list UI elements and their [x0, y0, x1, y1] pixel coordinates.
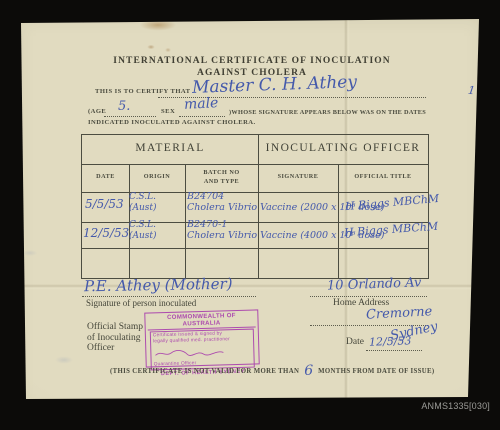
dotted-line-date: [366, 350, 422, 351]
age-label: (AGE: [88, 108, 106, 115]
stamp-header: COMMONWEALTH OF AUSTRALIA: [147, 312, 255, 331]
table-line-under-row2: [82, 248, 428, 249]
date-value: 12/5/53: [369, 334, 412, 348]
dotted-line-person-signature: [82, 296, 256, 297]
date-label: Date: [346, 337, 364, 347]
stamp-signature-scribble: [153, 349, 225, 358]
dotted-line-home-address: [310, 296, 427, 297]
sex-value: male: [184, 95, 219, 113]
certify-tail-line1: )WHOSE SIGNATURE APPEARS BELOW WAS ON TH…: [229, 109, 426, 116]
col-header-date: DATE: [82, 173, 129, 180]
row1-origin: C.S.L. (Aust): [129, 192, 157, 214]
row2-origin: C.S.L. (Aust): [129, 220, 157, 242]
col-header-batch: BATCH NO AND TYPE: [185, 168, 258, 186]
group-header-material: MATERIAL: [82, 142, 258, 154]
col-header-origin: ORIGIN: [129, 173, 185, 180]
dotted-line-age: [104, 116, 156, 117]
row1-batch-no: B24704: [187, 191, 224, 202]
margin-ink-mark: 1: [467, 84, 476, 98]
home-address-value: 10 Orlando Av: [327, 275, 422, 293]
validity-months-handwritten: 6: [304, 363, 313, 379]
row1-date: 5/5/53: [85, 197, 124, 211]
health-department-stamp: COMMONWEALTH OF AUSTRALIA Certificate is…: [144, 309, 259, 367]
col-header-official-title: OFFICIAL TITLE: [338, 173, 428, 180]
home-address-line2: Cremorne: [366, 304, 433, 322]
age-value: 5.: [118, 99, 130, 114]
certificate-document: INTERNATIONAL CERTIFICATE OF INOCULATION…: [0, 0, 500, 430]
person-signature-label: Signature of person inoculated: [86, 298, 196, 308]
inoculated-person-name: Master C. H. Athey: [192, 72, 358, 98]
person-signature: P.E. Athey (Mother): [84, 275, 233, 296]
validity-text-post: MONTHS FROM DATE OF ISSUE): [318, 368, 434, 375]
certify-tail-line2: INDICATED INOCULATED AGAINST CHOLERA.: [88, 119, 256, 126]
row2-batch-no: B2470-1: [187, 219, 227, 230]
official-stamp-caption: Official Stamp of Inoculating Officer: [87, 322, 143, 354]
col-header-signature: SIGNATURE: [258, 173, 338, 180]
dotted-line-sex: [179, 116, 225, 117]
validity-text-pre: (THIS CERTIFICATE IS NOT VALID FOR MORE …: [110, 368, 299, 375]
table-line-under-groups: [82, 164, 428, 165]
validity-note: (THIS CERTIFICATE IS NOT VALID FOR MORE …: [110, 361, 435, 377]
certificate-title-line1: INTERNATIONAL CERTIFICATE OF INOCULATION: [60, 56, 444, 66]
group-header-inoculating-officer: INOCULATING OFFICER: [258, 142, 428, 154]
scanned-photo-stage: INTERNATIONAL CERTIFICATE OF INOCULATION…: [0, 0, 500, 430]
archive-catalogue-number: ANMS1335[030]: [398, 401, 490, 411]
certify-label: THIS IS TO CERTIFY THAT: [95, 88, 191, 95]
sex-label: SEX: [161, 108, 175, 115]
row2-date: 12/5/53: [83, 226, 129, 240]
table-col-line-3: [338, 164, 339, 278]
